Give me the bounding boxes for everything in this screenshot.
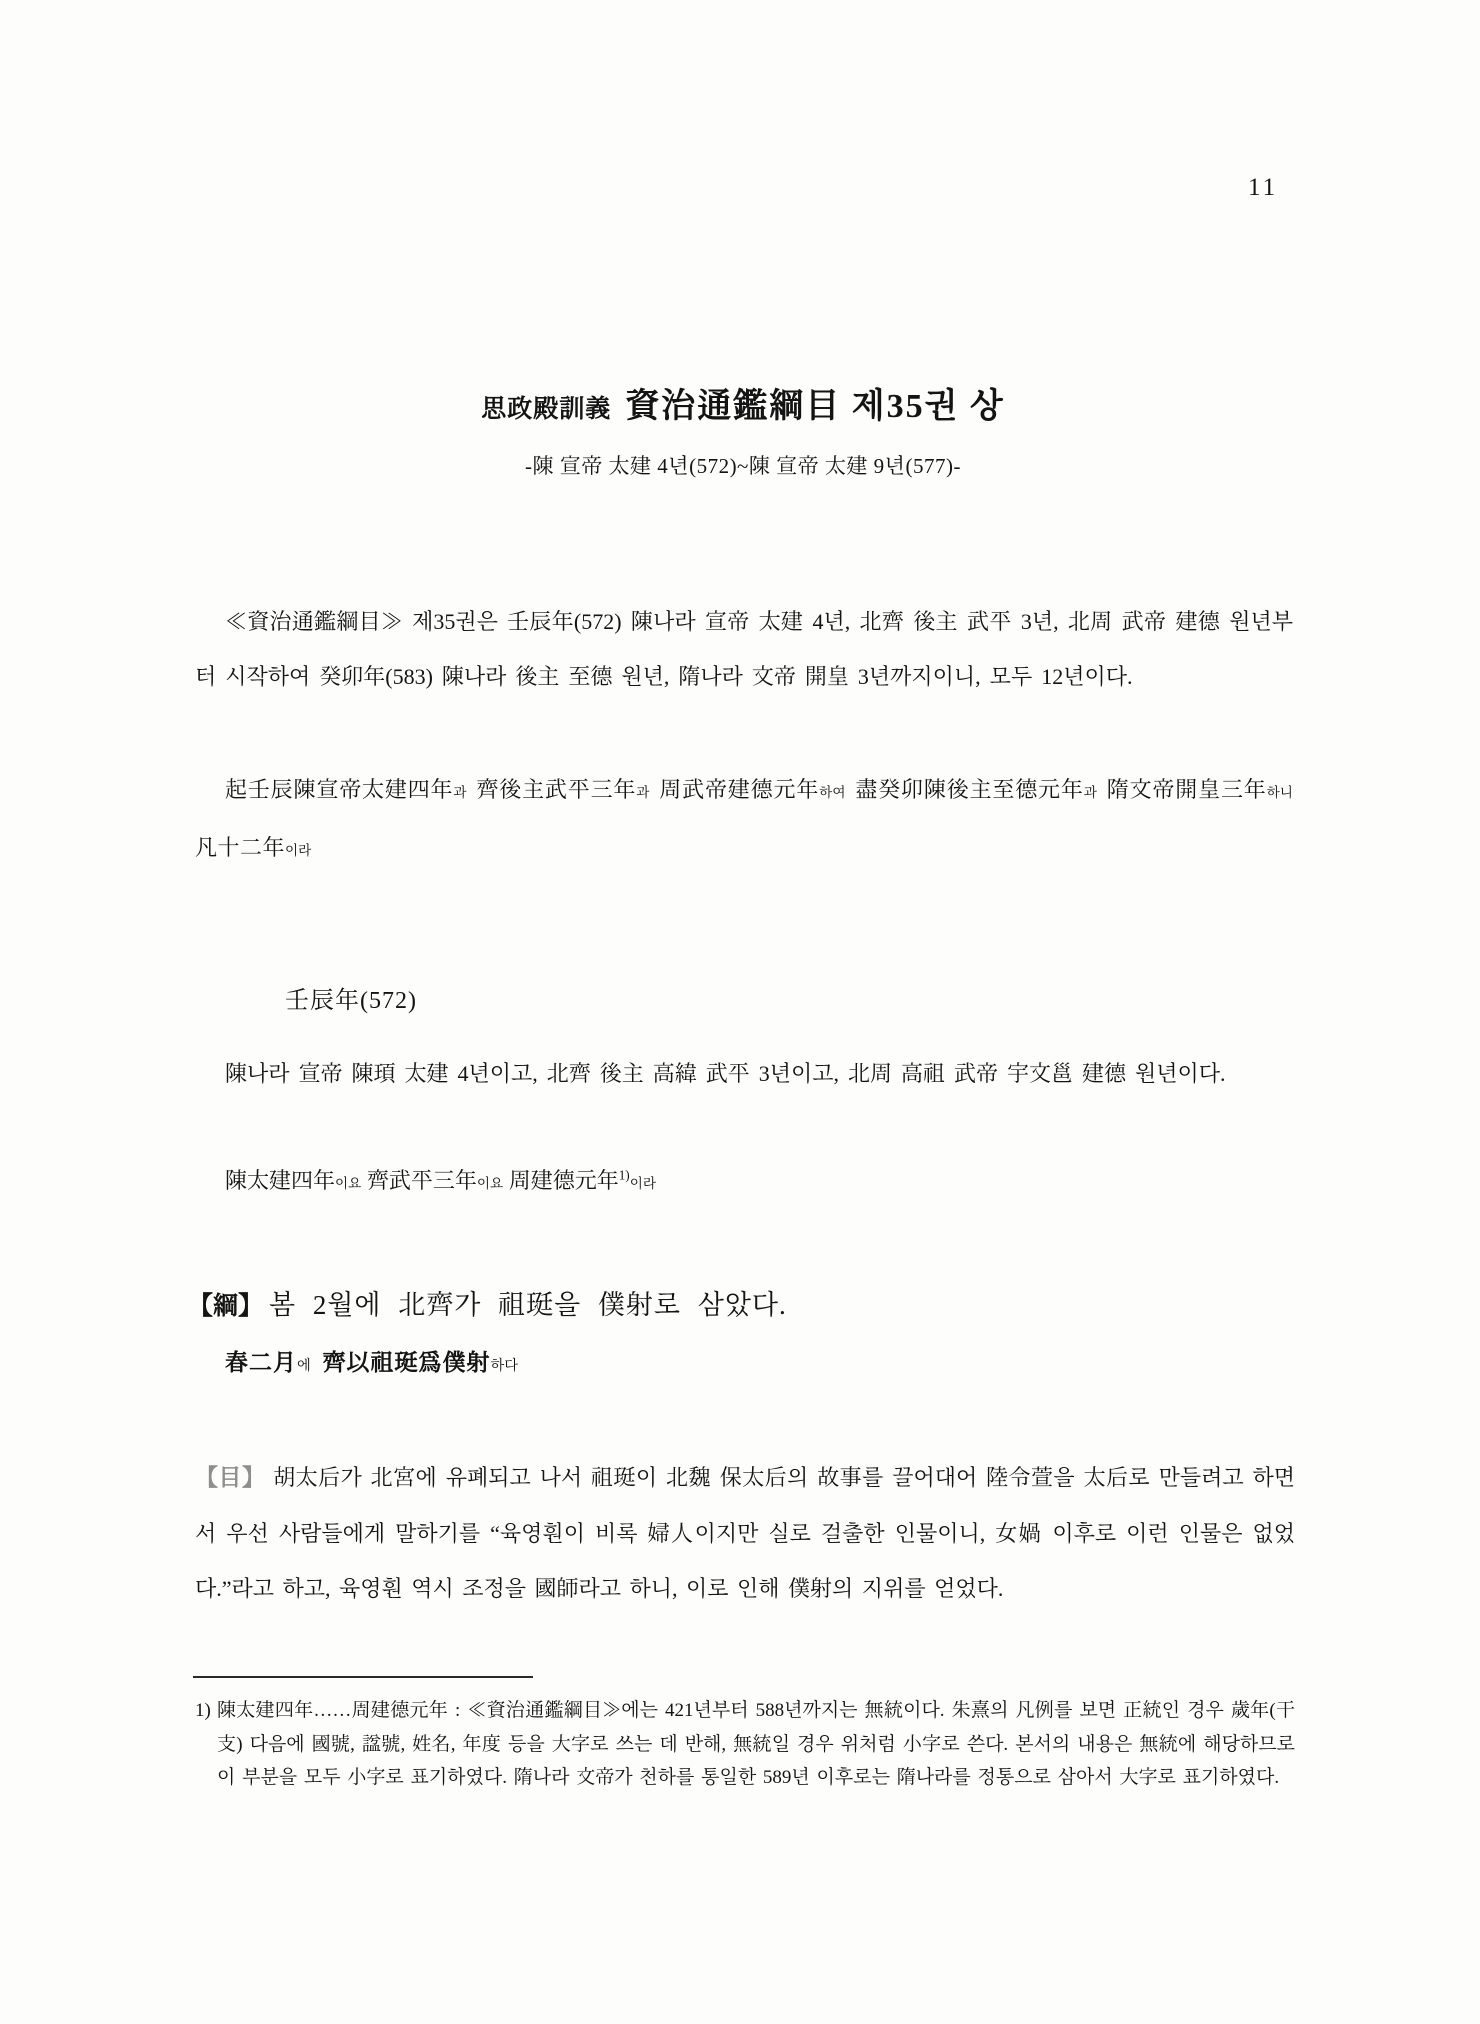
title-main: 資治通鑑綱目 제35권 상 — [625, 388, 1005, 425]
title-prefix: 思政殿訓義 — [481, 396, 611, 423]
gang-text: 봄 2월에 北齊가 祖珽을 僕射로 삼았다. — [269, 1290, 787, 1320]
gang-hanja-line: 春二月에 齊以祖珽爲僕射하다 — [225, 1344, 518, 1377]
page-subtitle: -陳 宣帝 太建 4년(572)~陳 宣帝 太建 9년(577)- — [195, 450, 1291, 480]
year-section-hanja-line: 陳太建四年이요 齊武平三年이요 周建德元年1)이라 — [195, 1164, 1293, 1195]
page-title: 思政殿訓義資治通鑑綱目 제35권 상 — [195, 378, 1291, 427]
mok-entry: 【目】胡太后가 北宮에 유폐되고 나서 祖珽이 北魏 保太后의 故事를 끌어대어… — [195, 1450, 1295, 1617]
hanja-summary-passage: 起壬辰陳宣帝太建四年과 齊後主武平三年과 周武帝建德元年하여 盡癸卯陳後主至德元… — [195, 762, 1293, 878]
mok-marker: 【目】 — [195, 1465, 265, 1490]
document-page: 11 思政殿訓義資治通鑑綱目 제35권 상 -陳 宣帝 太建 4년(572)~陳… — [0, 0, 1480, 2024]
footnote-marker: 1) — [195, 1694, 211, 1728]
footnote-separator-rule — [193, 1676, 533, 1678]
section-heading-year: 壬辰年(572) — [285, 980, 417, 1015]
footnote-reference: 1) — [619, 1168, 630, 1183]
year-section-paragraph: 陳나라 宣帝 陳頊 太建 4년이고, 北齊 後主 高緯 武平 3년이고, 北周 … — [195, 1046, 1293, 1101]
page-number: 11 — [1248, 174, 1278, 202]
intro-paragraph: ≪資治通鑑綱目≫ 제35권은 壬辰年(572) 陳나라 宣帝 太建 4년, 北齊… — [195, 594, 1293, 704]
footnote-text: 陳太建四年……周建德元年 : ≪資治通鑑綱目≫에는 421년부터 588년까지는… — [217, 1700, 1295, 1788]
gang-entry: 【綱】봄 2월에 北齊가 祖珽을 僕射로 삼았다. — [188, 1283, 1298, 1322]
mok-text: 胡太后가 北宮에 유폐되고 나서 祖珽이 北魏 保太后의 故事를 끌어대어 陸令… — [195, 1465, 1295, 1601]
gang-marker: 【綱】 — [188, 1293, 263, 1320]
footnote: 1)陳太建四年……周建德元年 : ≪資治通鑑綱目≫에는 421년부터 588년까… — [195, 1694, 1295, 1795]
